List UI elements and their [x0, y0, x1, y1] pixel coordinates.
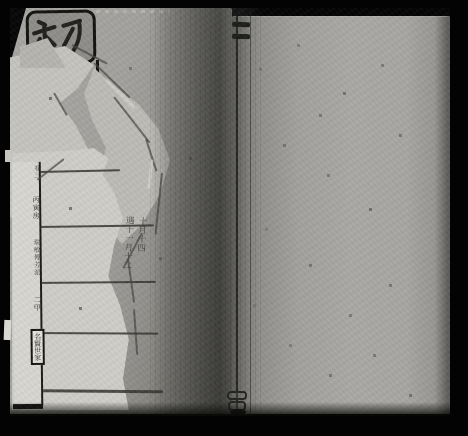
edge-strip-section-text: 二甲 — [33, 295, 41, 311]
stitch-mark-top — [232, 22, 250, 28]
edge-strip-branch-text: 丙寅房 — [32, 196, 40, 220]
stitch-mark-top — [232, 34, 250, 39]
paper-speckles — [232, 17, 233, 18]
edge-strip-lineage-text: 瑞敏傳芳派 — [33, 239, 41, 277]
edge-strip-boxed-seal: 名賢世家 — [30, 328, 44, 364]
paper-speckles — [10, 8, 11, 9]
edge-strip-bottom-bar — [13, 404, 43, 409]
front-cover: 初 卷三 — [10, 8, 232, 414]
page-edge-strip: 卷三 丙寅房 瑞敏傳芳派 二甲 名賢世家 — [12, 162, 44, 406]
photo-stage: 初 卷三 — [0, 0, 468, 436]
protruding-page-tab — [5, 150, 11, 162]
stitch-loop-bottom — [227, 391, 247, 400]
handwritten-note: 十月十四 遇十一月十二 — [115, 215, 146, 320]
stitch-knot — [230, 409, 246, 415]
protruding-page-tab — [4, 320, 12, 340]
back-cover — [232, 16, 450, 414]
top-edge-paper-flecks — [96, 10, 170, 13]
